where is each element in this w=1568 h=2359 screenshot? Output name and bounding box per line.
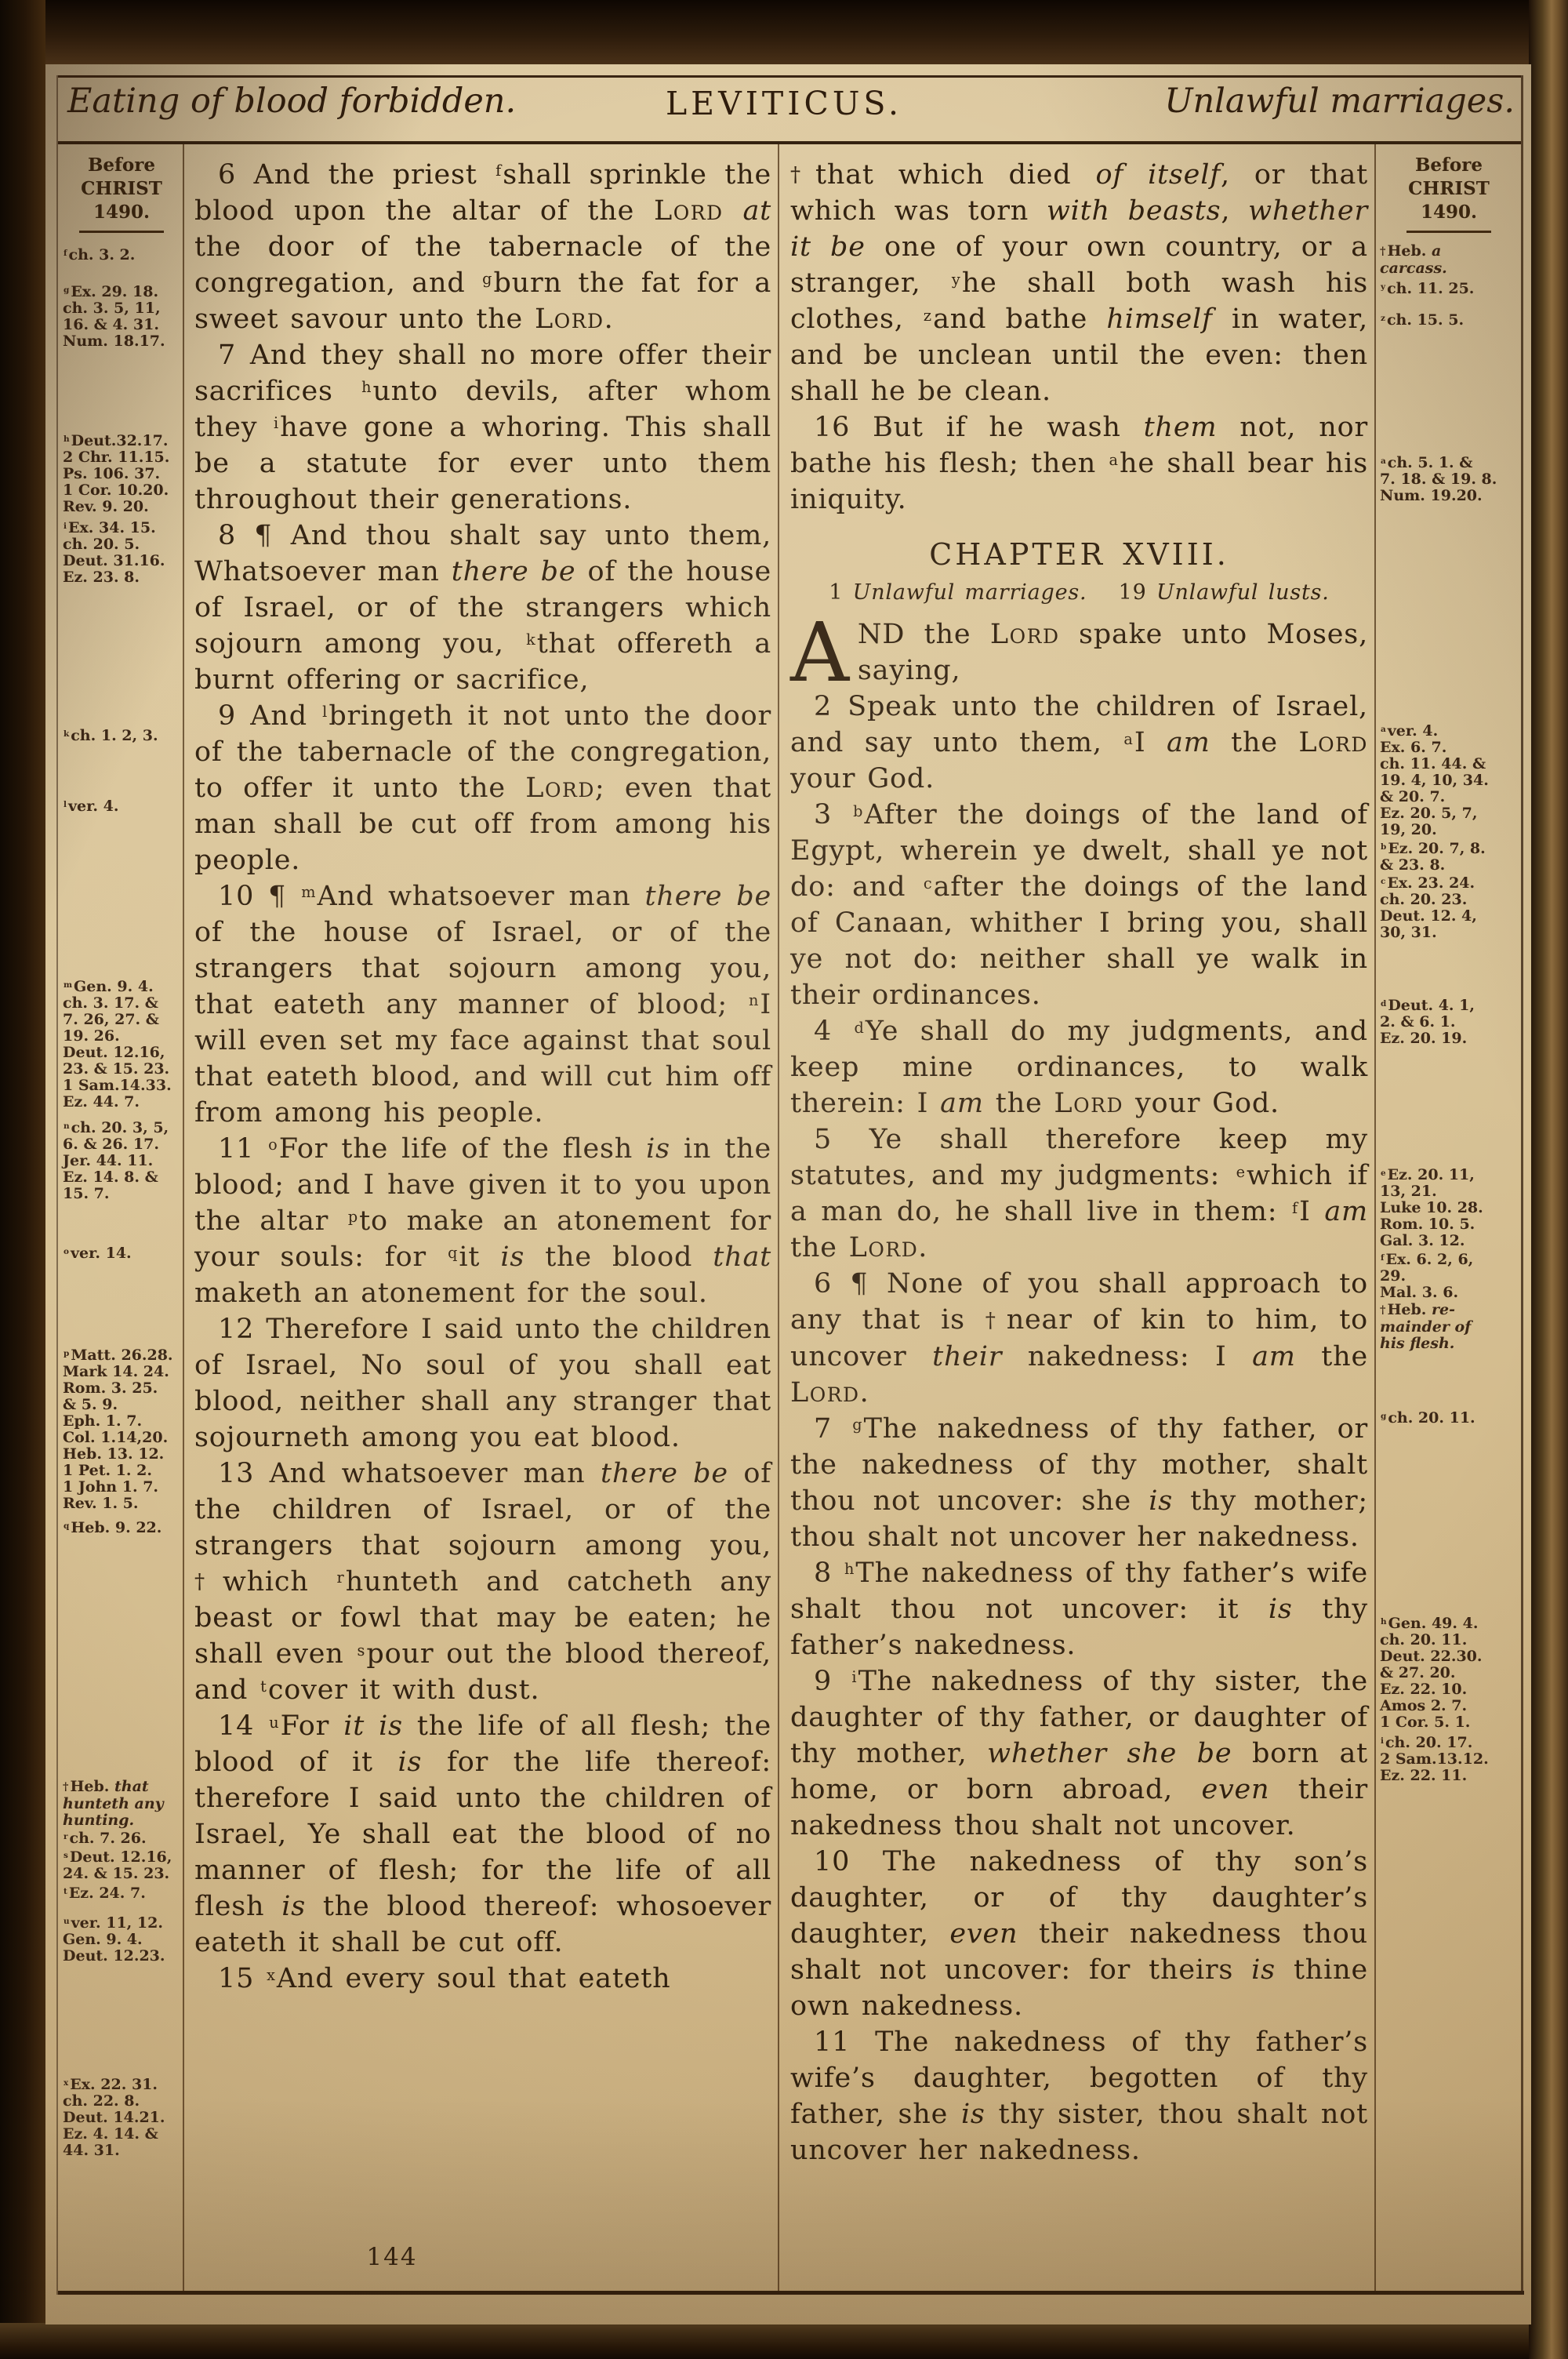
margin-note: gch. 20. 11. [1380, 1410, 1518, 1427]
margin-note-line: 2 Chr. 11.15. [63, 449, 180, 466]
cross-reference-letter: a [1381, 725, 1386, 734]
text-column-right: †that which died of itself, or that whic… [790, 157, 1368, 2168]
column-rule-left [183, 144, 184, 2291]
margin-note-line: eEz. 20. 11, [1380, 1167, 1518, 1183]
verse-paragraph: 9 iThe nakedness of thy sister, the daug… [790, 1663, 1368, 1844]
margin-note: fch. 3. 2. [63, 247, 180, 264]
divine-name-small-caps: Lord [654, 195, 724, 227]
margin-note: xEx. 22. 31.ch. 22. 8.Deut. 14.21.Ez. 4.… [63, 2077, 180, 2159]
margin-note-line: cEx. 23. 24. [1380, 875, 1518, 892]
margin-note-line: gEx. 29. 18. [63, 284, 180, 300]
margin-note-line: & 23. 8. [1380, 857, 1518, 874]
margin-note-line: mGen. 9. 4. [63, 979, 180, 995]
bc-date-left: Before CHRIST 1490. [63, 154, 180, 233]
margin-note-line: 2. & 6. 1. [1380, 1014, 1518, 1030]
bc-divider [1406, 231, 1491, 233]
bc-line: 1490. [1380, 201, 1518, 224]
verse-paragraph: 13 And whatsoever man there be of the ch… [194, 1456, 771, 1708]
margin-note-line: aver. 4. [1380, 723, 1518, 740]
cross-reference-letter: u [64, 1917, 70, 1926]
margin-note-line: hunting. [63, 1812, 180, 1829]
cross-reference-letter: f [1381, 1253, 1385, 1263]
margin-note-line: Gen. 9. 4. [63, 1932, 180, 1948]
cross-reference-letter: † [790, 163, 814, 187]
margin-note-line: Gal. 3. 12. [1380, 1233, 1518, 1249]
margin-note-line: ch. 3. 17. & [63, 995, 180, 1012]
margin-note: hGen. 49. 4.ch. 20. 11.Deut. 22.30.& 27.… [1380, 1616, 1518, 1731]
cross-reference-letter: g [482, 270, 492, 288]
bottom-rule [58, 2291, 1524, 2295]
cross-reference-letter: d [855, 1019, 864, 1037]
margin-note-line: Rev. 1. 5. [63, 1496, 180, 1512]
bc-line: Before [1380, 154, 1518, 177]
margin-note-line: 30, 31. [1380, 925, 1518, 941]
cross-reference-letter: t [260, 1677, 267, 1696]
margin-note-line: †Heb. re- [1380, 1302, 1518, 1319]
cross-reference-letter: c [1381, 877, 1385, 886]
divine-name-small-caps: Lord [535, 304, 604, 335]
margin-note-line: 2 Sam.13.12. [1380, 1751, 1518, 1768]
cross-reference-letter: g [1381, 1412, 1386, 1421]
cross-reference-letter: u [269, 1714, 278, 1732]
margin-note-line: ch. 3. 5, 11, [63, 300, 180, 317]
margin-note-line: Deut. 31.16. [63, 553, 180, 569]
margin-note-line: hDeut.32.17. [63, 433, 180, 449]
cross-reference-letter: h [844, 1560, 854, 1578]
margin-note-line: ich. 20. 17. [1380, 1735, 1518, 1751]
margin-note: rch. 7. 26. [63, 1830, 180, 1847]
margin-note-line: lver. 4. [63, 798, 180, 815]
margin-note-line: 19, 20. [1380, 822, 1518, 838]
margin-note: mGen. 9. 4.ch. 3. 17. &7. 26, 27. &19. 2… [63, 979, 180, 1110]
cross-reference-letter: y [1381, 282, 1385, 292]
margin-note-line: Num. 18.17. [63, 333, 180, 350]
margin-note-line: kch. 1. 2, 3. [63, 728, 180, 744]
verse-paragraph: †that which died of itself, or that whic… [790, 157, 1368, 409]
margin-note-line: Num. 19.20. [1380, 488, 1518, 504]
cross-reference-letter: d [1381, 999, 1386, 1009]
margin-note-line: 13, 21. [1380, 1183, 1518, 1200]
margin-note: †Heb. acarcass. [1380, 243, 1518, 277]
verse-paragraph: 5 Ye shall therefore keep my statutes, a… [790, 1121, 1368, 1266]
chapter-summary: 1 Unlawful marriages. 19 Unlawful lusts. [790, 579, 1368, 607]
margin-note: ach. 5. 1. &7. 18. & 19. 8.Num. 19.20. [1380, 455, 1518, 504]
divine-name-small-caps: Lord [525, 772, 595, 804]
margin-note-line: ch. 20. 23. [1380, 892, 1518, 908]
margin-note-line: hunteth any [63, 1796, 180, 1812]
margin-note-line: 7. 26, 27. & [63, 1012, 180, 1028]
verse-paragraph: 2 Speak unto the children of Israel, and… [790, 689, 1368, 797]
cross-reference-letter: † [194, 1570, 221, 1594]
bc-date-right: Before CHRIST 1490. [1380, 154, 1518, 233]
cross-reference-letter: h [1381, 1617, 1387, 1627]
margin-note: kch. 1. 2, 3. [63, 728, 180, 744]
margin-note-line: 1 Pet. 1. 2. [63, 1463, 180, 1479]
margin-note-line: Eph. 1. 7. [63, 1413, 180, 1430]
divine-name-small-caps: Lord [1298, 727, 1368, 758]
margin-note: over. 14. [63, 1245, 180, 1262]
cross-reference-letter: a [1109, 451, 1118, 469]
margin-note-line: ych. 11. 25. [1380, 281, 1518, 297]
cross-reference-letter: b [853, 802, 862, 820]
margin-note-line: Ez. 23. 8. [63, 569, 180, 586]
margin-note-line: Rom. 10. 5. [1380, 1216, 1518, 1233]
margin-note-line: gch. 20. 11. [1380, 1410, 1518, 1427]
margin-note-line: Deut. 12.23. [63, 1948, 180, 1965]
cross-reference-letter: p [348, 1208, 358, 1226]
left-margin-column: Before CHRIST 1490. fch. 3. 2.gEx. 29. 1… [63, 0, 180, 2359]
margin-note: fEx. 6. 2, 6,29.Mal. 3. 6. [1380, 1252, 1518, 1301]
verse-paragraph: AND the Lord spake unto Moses, saying, [790, 616, 1368, 689]
cross-reference-letter: z [1381, 314, 1385, 323]
margin-note-line: †Heb. that [63, 1779, 180, 1796]
cross-reference-letter: y [952, 271, 960, 289]
right-margin-column: Before CHRIST 1490. †Heb. acarcass.ych. … [1380, 0, 1518, 2359]
cross-reference-letter: l [322, 703, 327, 721]
margin-note-line: uver. 11, 12. [63, 1915, 180, 1932]
margin-note-line: 23. & 15. 23. [63, 1061, 180, 1078]
margin-note-line: fch. 3. 2. [63, 247, 180, 264]
margin-note: †Heb. re-mainder ofhis flesh. [1380, 1302, 1518, 1352]
cross-reference-letter: i [851, 1668, 856, 1686]
margin-note-line: Ez. 22. 11. [1380, 1768, 1518, 1784]
margin-note-line: Heb. 13. 12. [63, 1446, 180, 1463]
bc-line: Before [63, 154, 180, 177]
margin-note-line: †Heb. a [1380, 243, 1518, 260]
verse-paragraph: 14 uFor it is the life of all flesh; the… [194, 1708, 771, 1961]
text-column-left: 6 And the priest fshall sprinkle the blo… [194, 157, 771, 1997]
cross-reference-letter: h [361, 378, 371, 396]
cross-reference-letter: a [1381, 456, 1386, 466]
margin-note-line: xEx. 22. 31. [63, 2077, 180, 2093]
column-rule-right [1374, 144, 1376, 2291]
left-frame-line [56, 75, 58, 2295]
verse-paragraph: 11 The nakedness of thy father’s wife’s … [790, 2024, 1368, 2168]
margin-note-line: Deut. 12. 4, [1380, 908, 1518, 925]
right-frame-line [1521, 75, 1523, 2295]
margin-note-line: & 27. 20. [1380, 1665, 1518, 1681]
cross-reference-letter: e [1381, 1169, 1386, 1178]
cross-reference-letter: b [1381, 842, 1386, 852]
verse-paragraph: 8 ¶ And thou shalt say unto them, Whatso… [194, 518, 771, 698]
margin-note: eEz. 20. 11,13, 21.Luke 10. 28.Rom. 10. … [1380, 1167, 1518, 1249]
divine-name-small-caps: Lord [1054, 1088, 1123, 1119]
margin-note: cEx. 23. 24.ch. 20. 23.Deut. 12. 4,30, 3… [1380, 875, 1518, 941]
margin-note-line: dDeut. 4. 1, [1380, 998, 1518, 1014]
margin-note: hDeut.32.17.2 Chr. 11.15.Ps. 106. 37.1 C… [63, 433, 180, 515]
margin-note-line: over. 14. [63, 1245, 180, 1262]
margin-note: nch. 20. 3, 5,6. & 26. 17.Jer. 44. 11.Ez… [63, 1120, 180, 1202]
margin-note-line: sDeut. 12.16, [63, 1849, 180, 1866]
margin-note-line: Jer. 44. 11. [63, 1153, 180, 1169]
verse-paragraph: 6 ¶ None of you shall approach to any th… [790, 1266, 1368, 1410]
cross-reference-letter: s [358, 1641, 365, 1659]
cross-reference-letter: f [64, 249, 67, 258]
cross-reference-letter: m [64, 980, 72, 990]
photo-surround-left [0, 0, 45, 2359]
margin-note: †Heb. thathunteth anyhunting. [63, 1779, 180, 1829]
cross-reference-letter: q [448, 1244, 457, 1262]
margin-note: lver. 4. [63, 798, 180, 815]
margin-note-line: Rom. 3. 25. [63, 1380, 180, 1397]
margin-note-line: Ps. 106. 37. [63, 466, 180, 482]
margin-note-line: 1 Cor. 10.20. [63, 482, 180, 499]
cross-reference-letter: m [301, 883, 315, 901]
photo-surround-top [0, 0, 1568, 66]
cross-reference-letter: † [63, 1781, 68, 1794]
cross-reference-letter: k [526, 631, 535, 649]
margin-note-line: Ex. 6. 7. [1380, 740, 1518, 756]
verse-paragraph: 4 dYe shall do my judgments, and keep mi… [790, 1013, 1368, 1121]
margin-note-line: hGen. 49. 4. [1380, 1616, 1518, 1632]
margin-note: bEz. 20. 7, 8.& 23. 8. [1380, 841, 1518, 874]
margin-note-line: fEx. 6. 2, 6, [1380, 1252, 1518, 1268]
margin-note-line: Ez. 20. 19. [1380, 1030, 1518, 1047]
margin-note-line: ch. 11. 44. & [1380, 756, 1518, 772]
margin-note-line: iEx. 34. 15. [63, 520, 180, 536]
margin-note-line: 1 John 1. 7. [63, 1479, 180, 1496]
margin-note-line: Deut. 12.16, [63, 1045, 180, 1061]
verse-paragraph: 9 And lbringeth it not unto the door of … [194, 698, 771, 878]
page-scan: Eating of blood forbidden. LEVITICUS. Un… [0, 0, 1568, 2359]
divine-name-small-caps: Lord [849, 1232, 919, 1263]
margin-note-line: & 20. 7. [1380, 789, 1518, 805]
bc-line: CHRIST [1380, 177, 1518, 201]
divine-name-small-caps: Lord [790, 1377, 860, 1408]
cross-reference-letter: o [64, 1247, 69, 1256]
cross-reference-letter: e [1236, 1163, 1245, 1181]
verse-paragraph: 7 And they shall no more offer their sac… [194, 337, 771, 518]
verse-paragraph: 10 The nakedness of thy son’s daughter, … [790, 1844, 1368, 2024]
margin-note-line: pMatt. 26.28. [63, 1347, 180, 1364]
cross-reference-letter: n [64, 1121, 70, 1131]
margin-note-line: Ez. 4. 14. & [63, 2126, 180, 2143]
margin-note-line: zch. 15. 5. [1380, 312, 1518, 329]
margin-note-line: Mark 14. 24. [63, 1364, 180, 1380]
margin-note-line: carcass. [1380, 260, 1518, 277]
margin-note-line: 1 Sam.14.33. [63, 1078, 180, 1094]
cross-reference-letter: f [1292, 1199, 1298, 1217]
verse-paragraph: 6 And the priest fshall sprinkle the blo… [194, 157, 771, 337]
margin-note-line: 29. [1380, 1268, 1518, 1285]
margin-note: iEx. 34. 15.ch. 20. 5.Deut. 31.16.Ez. 23… [63, 520, 180, 586]
cross-reference-letter: x [267, 1966, 275, 1984]
column-rule-center [778, 144, 779, 2291]
cross-reference-letter: o [268, 1136, 278, 1154]
cross-reference-letter: n [749, 991, 758, 1009]
verse-paragraph: 10 ¶ mAnd whatsoever man there be of the… [194, 878, 771, 1131]
cross-reference-letter: x [64, 2078, 68, 2088]
margin-note-line: ch. 20. 5. [63, 536, 180, 553]
photo-surround-bottom [0, 2323, 1568, 2359]
cross-reference-letter: † [1380, 245, 1385, 258]
cross-reference-letter: z [924, 307, 931, 325]
cross-reference-letter: c [924, 874, 932, 892]
margin-note-line: ch. 22. 8. [63, 2093, 180, 2110]
top-frame-line [58, 75, 1521, 78]
margin-note-line: Mal. 3. 6. [1380, 1285, 1518, 1301]
cross-reference-letter: i [1381, 1736, 1384, 1746]
bc-line: CHRIST [63, 177, 180, 201]
margin-note-line: nch. 20. 3, 5, [63, 1120, 180, 1136]
cross-reference-letter: a [1123, 730, 1132, 748]
margin-note: aver. 4.Ex. 6. 7.ch. 11. 44. &19. 4, 10,… [1380, 723, 1518, 838]
margin-note-line: 15. 7. [63, 1186, 180, 1202]
cross-reference-letter: r [337, 1568, 344, 1587]
margin-note-line: Deut. 14.21. [63, 2110, 180, 2126]
cross-reference-letter: h [64, 434, 70, 444]
cross-reference-letter: q [64, 1521, 69, 1531]
page-edge-strip [1529, 0, 1568, 2359]
verse-paragraph: 16 But if he wash them not, nor bathe hi… [790, 409, 1368, 518]
margin-note-line: 19. 26. [63, 1028, 180, 1045]
verse-paragraph: 3 bAfter the doings of the land of Egypt… [790, 797, 1368, 1013]
margin-note-line: Ez. 20. 5, 7, [1380, 805, 1518, 822]
margin-note: qHeb. 9. 22. [63, 1520, 180, 1536]
cross-reference-letter: p [64, 1349, 69, 1358]
margin-note-line: 7. 18. & 19. 8. [1380, 471, 1518, 488]
margin-note-line: 6. & 26. 17. [63, 1136, 180, 1153]
margin-note-line: Rev. 9. 20. [63, 499, 180, 515]
margin-note-line: & 5. 9. [63, 1397, 180, 1413]
margin-note-line: Ez. 44. 7. [63, 1094, 180, 1110]
margin-note: tEz. 24. 7. [63, 1885, 180, 1902]
margin-note-line: qHeb. 9. 22. [63, 1520, 180, 1536]
margin-note-line: 16. & 4. 31. [63, 317, 180, 333]
verse-paragraph: 8 hThe nakedness of thy father’s wife sh… [790, 1555, 1368, 1663]
margin-note: gEx. 29. 18.ch. 3. 5, 11,16. & 4. 31.Num… [63, 284, 180, 350]
margin-note: ich. 20. 17.2 Sam.13.12.Ez. 22. 11. [1380, 1735, 1518, 1784]
cross-reference-letter: r [64, 1832, 68, 1841]
cross-reference-letter: † [985, 1309, 1005, 1332]
margin-note-line: 1 Cor. 5. 1. [1380, 1714, 1518, 1731]
verse-paragraph: 12 Therefore I said unto the children of… [194, 1311, 771, 1456]
cross-reference-letter: i [274, 414, 278, 432]
margin-note-line: rch. 7. 26. [63, 1830, 180, 1847]
margin-note-line: 19. 4, 10, 34. [1380, 772, 1518, 789]
margin-note-line: Deut. 22.30. [1380, 1648, 1518, 1665]
cross-reference-letter: † [1380, 1304, 1385, 1317]
drop-cap: A [790, 616, 858, 684]
margin-note: uver. 11, 12.Gen. 9. 4.Deut. 12.23. [63, 1915, 180, 1965]
verse-paragraph: 11 oFor the life of the flesh is in the … [194, 1131, 771, 1311]
margin-note-line: bEz. 20. 7, 8. [1380, 841, 1518, 857]
margin-note: zch. 15. 5. [1380, 312, 1518, 329]
cross-reference-letter: g [852, 1416, 862, 1434]
margin-note-line: Ez. 14. 8. & [63, 1169, 180, 1186]
cross-reference-letter: g [64, 285, 69, 295]
margin-note-line: 24. & 15. 23. [63, 1866, 180, 1882]
cross-reference-letter: k [64, 729, 69, 739]
bc-divider [79, 231, 164, 233]
verse-paragraph: 15 xAnd every soul that eateth [194, 1961, 771, 1997]
margin-note-line: his flesh. [1380, 1336, 1518, 1352]
margin-note: sDeut. 12.16,24. & 15. 23. [63, 1849, 180, 1882]
bc-line: 1490. [63, 201, 180, 224]
verse-paragraph: 7 gThe nakedness of thy father, or the n… [790, 1411, 1368, 1555]
margin-note-line: Col. 1.14,20. [63, 1430, 180, 1446]
cross-reference-letter: s [64, 1851, 68, 1860]
margin-note-line: ach. 5. 1. & [1380, 455, 1518, 471]
page-number: 144 [267, 2243, 517, 2271]
margin-note-line: Amos 2. 7. [1380, 1698, 1518, 1714]
divine-name-small-caps: Lord [990, 619, 1060, 650]
margin-note-line: Luke 10. 28. [1380, 1200, 1518, 1216]
margin-note-line: ch. 20. 11. [1380, 1632, 1518, 1648]
cross-reference-letter: l [64, 800, 67, 809]
margin-note: dDeut. 4. 1,2. & 6. 1.Ez. 20. 19. [1380, 998, 1518, 1047]
cross-reference-letter: f [495, 162, 501, 180]
margin-note: pMatt. 26.28.Mark 14. 24.Rom. 3. 25.& 5.… [63, 1347, 180, 1512]
chapter-heading: CHAPTER XVIII. [790, 536, 1368, 572]
cross-reference-letter: i [64, 522, 67, 531]
margin-note-line: mainder of [1380, 1319, 1518, 1336]
margin-note-line: 44. 31. [63, 2143, 180, 2159]
margin-note-line: Ez. 22. 10. [1380, 1681, 1518, 1698]
margin-note: ych. 11. 25. [1380, 281, 1518, 297]
margin-note-line: tEz. 24. 7. [63, 1885, 180, 1902]
cross-reference-letter: t [64, 1887, 67, 1896]
header-rule [58, 141, 1521, 144]
